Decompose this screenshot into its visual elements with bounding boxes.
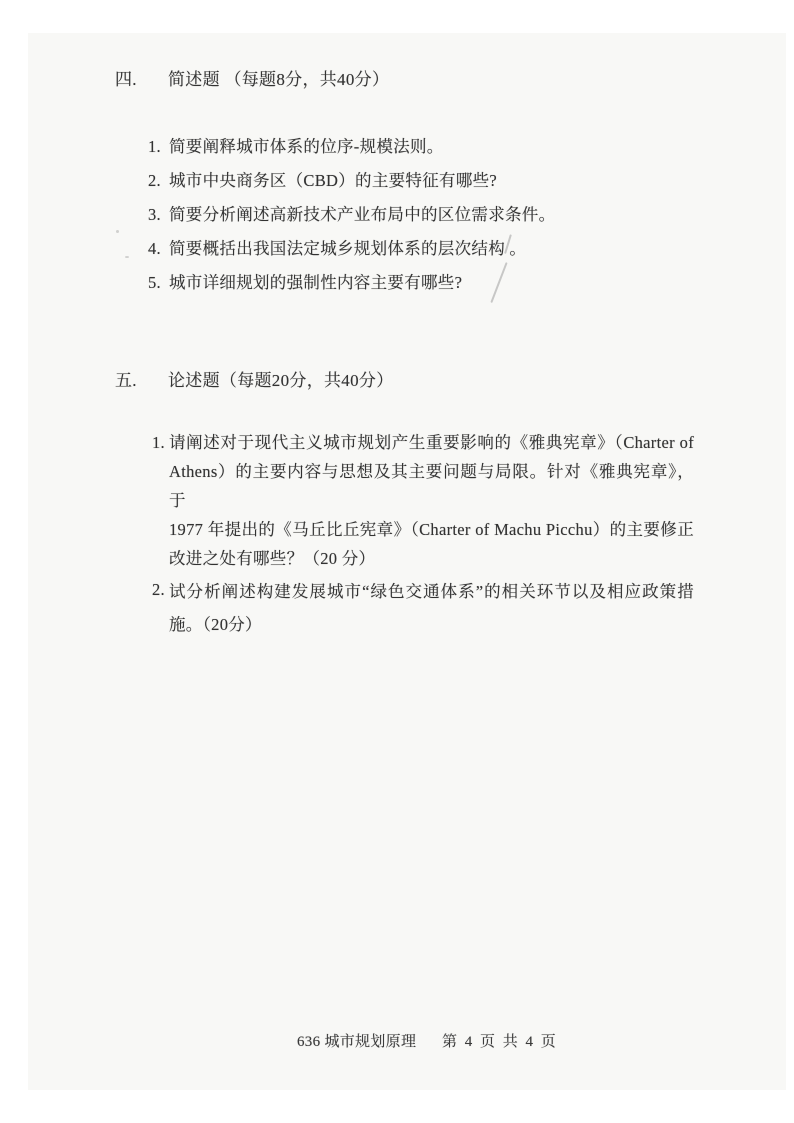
item-number: 5. (148, 272, 169, 293)
section-five-heading: 五.论述题（每题20分，共40分） (115, 370, 394, 392)
item-text: 简要分析阐述高新技术产业布局中的区位需求条件。 (169, 205, 555, 224)
question-number: 1. (152, 428, 165, 457)
question-text-line: 试分析阐述构建发展城市“绿色交通体系”的相关环节以及相应政策措 (169, 575, 694, 608)
essay-question-2: 2. 试分析阐述构建发展城市“绿色交通体系”的相关环节以及相应政策措 施。（20… (152, 575, 694, 641)
question-number: 2. (152, 575, 165, 604)
section-four-title: 简述题 （每题8分，共40分） (168, 70, 389, 89)
question-text-line: 改进之处有哪些？（20 分） (169, 544, 694, 573)
section-five-title: 论述题（每题20分，共40分） (168, 371, 394, 390)
short-answer-list: 1.简要阐释城市体系的位序-规模法则。 2.城市中央商务区（CBD）的主要特征有… (148, 136, 708, 306)
short-answer-item: 5.城市详细规划的强制性内容主要有哪些? (148, 272, 708, 306)
question-text-line: Athens）的主要内容与思想及其主要问题与局限。针对《雅典宪章》，于 (169, 457, 694, 515)
question-text: 试分析阐述构建发展城市“绿色交通体系”的相关环节以及相应政策措 施。（20分） (169, 575, 694, 641)
item-number: 3. (148, 204, 169, 225)
essay-question-1: 1. 请阐述对于现代主义城市规划产生重要影响的《雅典宪章》（Charter of… (152, 428, 694, 573)
item-number: 4. (148, 238, 169, 259)
short-answer-item: 1.简要阐释城市体系的位序-规模法则。 (148, 136, 708, 170)
item-text: 简要概括出我国法定城乡规划体系的层次结构 。 (169, 239, 526, 258)
short-answer-item: 3.简要分析阐述高新技术产业布局中的区位需求条件。 (148, 204, 708, 238)
section-five-number: 五. (115, 370, 168, 392)
item-text: 简要阐释城市体系的位序-规模法则。 (169, 137, 444, 156)
short-answer-item: 2.城市中央商务区（CBD）的主要特征有哪些? (148, 170, 708, 204)
section-four-number: 四. (115, 69, 168, 91)
scan-speck (125, 256, 129, 258)
question-text-line: 1977 年提出的《马丘比丘宪章》（Charter of Machu Picch… (169, 515, 694, 544)
question-text: 请阐述对于现代主义城市规划产生重要影响的《雅典宪章》（Charter of At… (169, 428, 694, 573)
item-text: 城市详细规划的强制性内容主要有哪些? (169, 273, 462, 292)
item-number: 2. (148, 170, 169, 191)
short-answer-item: 4.简要概括出我国法定城乡规划体系的层次结构 。 (148, 238, 708, 272)
footer-page-number: 第 4 页 共 4 页 (442, 1032, 558, 1052)
section-four-heading: 四.简述题 （每题8分，共40分） (115, 69, 389, 91)
question-text-line: 请阐述对于现代主义城市规划产生重要影响的《雅典宪章》（Charter of (169, 428, 694, 457)
footer-course-title: 636 城市规划原理 (297, 1032, 416, 1052)
scan-speck (116, 230, 119, 233)
question-text-line: 施。（20分） (169, 608, 694, 641)
item-text: 城市中央商务区（CBD）的主要特征有哪些? (169, 171, 497, 190)
exam-paper-page: 四.简述题 （每题8分，共40分） 1.简要阐释城市体系的位序-规模法则。 2.… (28, 33, 786, 1090)
item-number: 1. (148, 136, 169, 157)
